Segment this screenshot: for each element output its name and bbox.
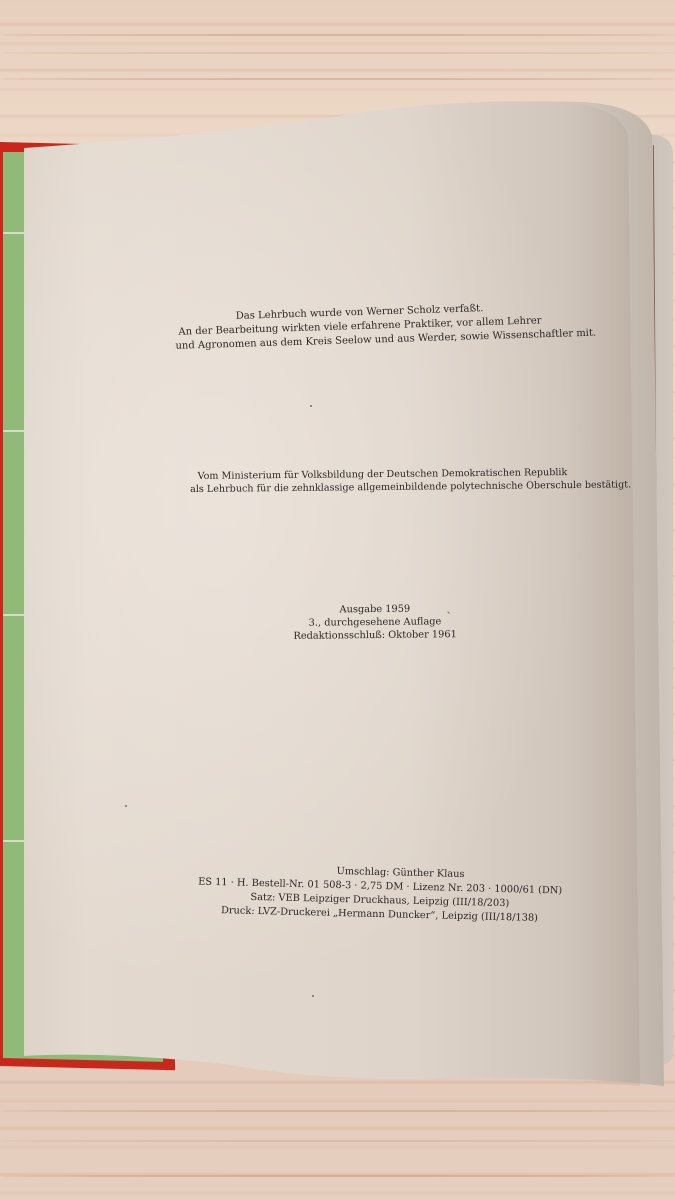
- wood-grain-line: [0, 1110, 675, 1112]
- edition-info: Ausgabe 1959 3., durchgesehene Auflage R…: [290, 602, 460, 643]
- endpaper-seam: [3, 840, 27, 842]
- book-page: [24, 96, 664, 1086]
- endpaper-seam: [3, 614, 27, 616]
- paper-speck: [312, 995, 314, 997]
- printing-imprint: Umschlag: Günther Klaus ES 11 · H. Beste…: [189, 861, 570, 926]
- wood-grain-line: [0, 78, 675, 80]
- endpaper-seam: [3, 232, 27, 234]
- paper-speck: [125, 805, 127, 807]
- ministry-approval: Vom Ministerium für Volksbildung der Deu…: [190, 466, 575, 497]
- wood-grain-line: [0, 52, 675, 54]
- endpaper-seam: [3, 430, 27, 432]
- paper-speck: [310, 405, 312, 407]
- wood-grain-line: [0, 1175, 675, 1177]
- wood-grain-line: [0, 1140, 675, 1142]
- editorial-deadline: Redaktionsschluß: Oktober 1961: [290, 629, 460, 644]
- wood-grain-line: [0, 34, 675, 36]
- book-cover-green-endpaper: [3, 152, 27, 1055]
